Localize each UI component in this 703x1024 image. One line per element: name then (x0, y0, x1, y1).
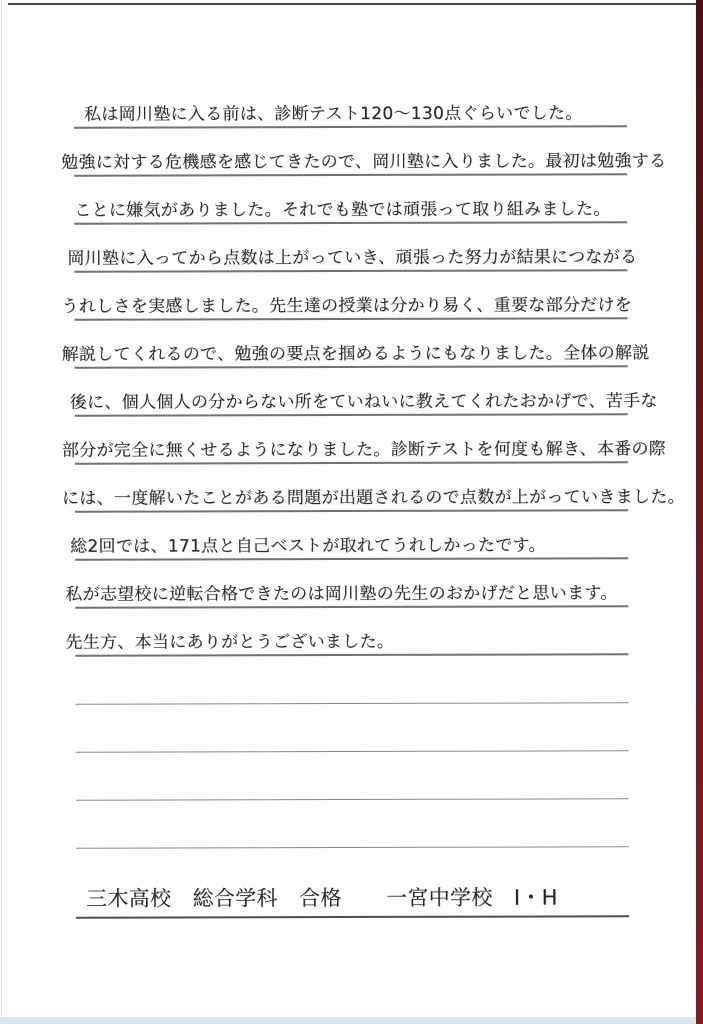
ruled-line-row: 私は岡川塾に入る前は、診断テスト120〜130点ぐらいでした。 (61, 79, 639, 129)
ruled-line-row: 解説してくれるので、勉強の要点を掴めるようにもなりました。全体の解説 (62, 319, 640, 369)
signature-row: 三木高校 総合学科 合格 一宮中学校 I・H (63, 847, 641, 919)
handwritten-line-2: 勉強に対する危機感を感じてきたので、岡川塾に入りました。最初は勉強する (61, 146, 666, 173)
scan-edge-bottom (0, 1017, 696, 1024)
handwritten-line-11: 私が志望校に逆転合格できたのは岡川塾の先生のおかげだと思います。 (65, 578, 617, 604)
handwritten-line-4: 岡川塾に入ってから点数は上がっていき、頑張った努力が結果につながる (67, 242, 637, 268)
signature-student: 一宮中学校 I・H (386, 881, 558, 911)
ruled-line-row: 私が志望校に逆転合格できたのは岡川塾の先生のおかげだと思います。 (62, 559, 640, 609)
ruled-line-row: 総2回では、171点と自己ベストが取れてうれしかったです。 (62, 511, 640, 561)
handwritten-line-10: 総2回では、171点と自己ベストが取れてうれしかったです。 (70, 530, 546, 556)
blank-ruled-line (63, 751, 641, 801)
handwritten-line-7: 後に、個人個人の分からない所をていねいに教えてくれたおかげで、苦手な (70, 386, 658, 413)
ruled-line-row: には、一度解いたことがある問題が出題されるので点数が上がっていきました。 (62, 463, 640, 513)
scanned-testimonial-page: 私は岡川塾に入る前は、診断テスト120〜130点ぐらいでした。 勉強に対する危機… (0, 0, 703, 1024)
ruled-line-row: 勉強に対する危機感を感じてきたので、岡川塾に入りました。最初は勉強する (61, 127, 639, 177)
blank-ruled-line (63, 799, 641, 849)
handwritten-text-block: 私は岡川塾に入る前は、診断テスト120〜130点ぐらいでした。 勉強に対する危機… (61, 79, 641, 919)
handwritten-line-5: うれしさを実感しました。先生達の授業は分かり易く、重要な部分だけを (61, 290, 632, 316)
handwritten-line-8: 部分が完全に無くせるようになりました。診断テストを何度も解き、本番の際 (62, 434, 666, 461)
blank-ruled-line (62, 655, 640, 705)
ruled-line-row: 岡川塾に入ってから点数は上がっていき、頑張った努力が結果につながる (61, 223, 639, 273)
handwritten-line-3: ことに嫌気がありました。それでも塾では頑張って取り組みました。 (74, 194, 610, 220)
signature-school-result: 三木高校 総合学科 合格 (86, 882, 342, 913)
ruled-line-row: ことに嫌気がありました。それでも塾では頑張って取り組みました。 (61, 175, 639, 225)
ruled-line-row: 部分が完全に無くせるようになりました。診断テストを何度も解き、本番の際 (62, 415, 640, 465)
handwritten-line-9: には、一度解いたことがある問題が出題されるので点数が上がっていきました。 (62, 482, 685, 509)
ruled-line-row: 先生方、本当にありがとうございました。 (62, 607, 640, 657)
scan-edge-top (8, 3, 703, 5)
handwritten-line-12: 先生方、本当にありがとうございました。 (65, 627, 394, 653)
handwritten-line-6: 解説してくれるので、勉強の要点を掴めるようにもなりました。全体の解説 (62, 338, 650, 365)
blank-ruled-line (63, 703, 641, 753)
handwritten-line-1: 私は岡川塾に入る前は、診断テスト120〜130点ぐらいでした。 (84, 98, 583, 124)
scan-edge-left (1, 0, 2, 1024)
ruled-line-row: 後に、個人個人の分からない所をていねいに教えてくれたおかげで、苦手な (62, 367, 640, 417)
ruled-line-row: うれしさを実感しました。先生達の授業は分かり易く、重要な部分だけを (61, 271, 639, 321)
scan-edge-right (696, 0, 703, 1024)
